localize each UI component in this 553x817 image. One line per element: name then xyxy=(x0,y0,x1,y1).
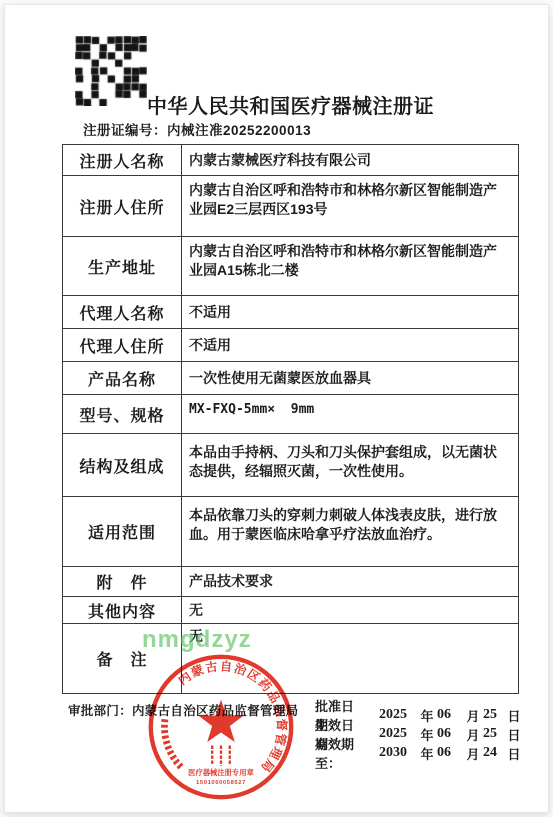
row-value: 本品由手持柄、刀头和刀头保护套组成，以无菌状态提供，经辐照灭菌，一次性使用。 xyxy=(182,434,518,496)
date-day: 24 xyxy=(483,745,507,761)
table-row: 产品名称 一次性使用无菌蒙医放血器具 xyxy=(63,362,518,395)
row-label: 代理人名称 xyxy=(63,296,182,328)
row-value: 不适用 xyxy=(182,296,518,328)
row-label: 型号、规格 xyxy=(63,395,182,433)
seal-vertical-script xyxy=(212,746,230,766)
row-label: 其他内容 xyxy=(63,597,182,623)
table-row: 注册人名称 内蒙古蒙械医疗科技有限公司 xyxy=(63,145,518,176)
date-year: 2030 xyxy=(379,745,417,761)
table-row: 适用范围 本品依靠刀头的穿刺力刺破人体浅表皮肤，进行放血。用于蒙医临床哈拿乎疗法… xyxy=(63,497,518,567)
table-row: 附 件 产品技术要求 xyxy=(63,567,518,597)
row-label: 代理人住所 xyxy=(63,329,182,361)
dates-block: 批准日期： 2025 年 06 月 25 日 生效日期： 2025 年 06 月… xyxy=(315,696,521,753)
row-value: 无 xyxy=(182,597,518,623)
date-year: 2025 xyxy=(379,726,417,742)
date-month: 06 xyxy=(437,707,463,723)
table-row: 型号、规格 MX-FXQ-5mm× 9mm xyxy=(63,395,518,434)
certificate-table: 注册人名称 内蒙古蒙械医疗科技有限公司 注册人住所 内蒙古自治区呼和浩特市和林格… xyxy=(62,144,519,694)
table-row: 代理人住所 不适用 xyxy=(63,329,518,362)
seal-serial-number: 1501050058527 xyxy=(196,780,246,786)
unit-year: 年 xyxy=(417,725,437,744)
date-month: 06 xyxy=(437,726,463,742)
date-label: 有效期至： xyxy=(315,734,379,772)
unit-year: 年 xyxy=(417,744,437,763)
row-value: MX-FXQ-5mm× 9mm xyxy=(182,395,518,433)
unit-day: 日 xyxy=(507,706,521,725)
row-label: 产品名称 xyxy=(63,362,182,394)
row-value: 内蒙古蒙械医疗科技有限公司 xyxy=(182,145,518,175)
date-day: 25 xyxy=(483,707,507,723)
unit-day: 日 xyxy=(507,725,521,744)
row-value: 内蒙古自治区呼和浩特市和林格尔新区智能制造产业园A15栋北二楼 xyxy=(182,237,518,295)
seal-mongolian-script xyxy=(164,717,181,767)
table-row: 其他内容 无 xyxy=(63,597,518,624)
unit-year: 年 xyxy=(417,706,437,725)
row-label: 注册人住所 xyxy=(63,176,182,236)
table-row: 生产地址 内蒙古自治区呼和浩特市和林格尔新区智能制造产业园A15栋北二楼 xyxy=(63,237,518,296)
unit-day: 日 xyxy=(507,744,521,763)
table-row: 代理人名称 不适用 xyxy=(63,296,518,329)
unit-month: 月 xyxy=(463,706,483,725)
official-seal: 内蒙古自治区药品监督管理局 医疗器械注册专用章 1501050058527 xyxy=(143,649,299,805)
row-value: 本品依靠刀头的穿刺力刺破人体浅表皮肤，进行放血。用于蒙医临床哈拿乎疗法放血治疗。 xyxy=(182,497,518,566)
unit-month: 月 xyxy=(463,725,483,744)
row-label: 生产地址 xyxy=(63,237,182,295)
row-value: 产品技术要求 xyxy=(182,567,518,596)
row-value: 不适用 xyxy=(182,329,518,361)
row-label: 附 件 xyxy=(63,567,182,596)
table-row: 注册人住所 内蒙古自治区呼和浩特市和林格尔新区智能制造产业园E2三层西区193号 xyxy=(63,176,518,237)
row-value: 一次性使用无菌蒙医放血器具 xyxy=(182,362,518,394)
seal-star xyxy=(199,700,243,742)
approval-date-row: 批准日期： 2025 年 06 月 25 日 xyxy=(315,696,521,715)
page-title: 中华人民共和国医疗器械注册证 xyxy=(62,90,519,119)
row-label: 注册人名称 xyxy=(63,145,182,175)
seal-banner-text: 医疗器械注册专用章 xyxy=(188,768,254,777)
row-value: 内蒙古自治区呼和浩特市和林格尔新区智能制造产业园E2三层西区193号 xyxy=(182,176,518,236)
unit-month: 月 xyxy=(463,744,483,763)
table-row: 结构及组成 本品由手持柄、刀头和刀头保护套组成，以无菌状态提供，经辐照灭菌，一次… xyxy=(63,434,518,497)
date-year: 2025 xyxy=(379,707,417,723)
certificate-number: 注册证编号：内械注准20252200013 xyxy=(83,119,311,139)
date-day: 25 xyxy=(483,726,507,742)
row-label: 结构及组成 xyxy=(63,434,182,496)
date-month: 06 xyxy=(437,745,463,761)
row-label: 适用范围 xyxy=(63,497,182,566)
